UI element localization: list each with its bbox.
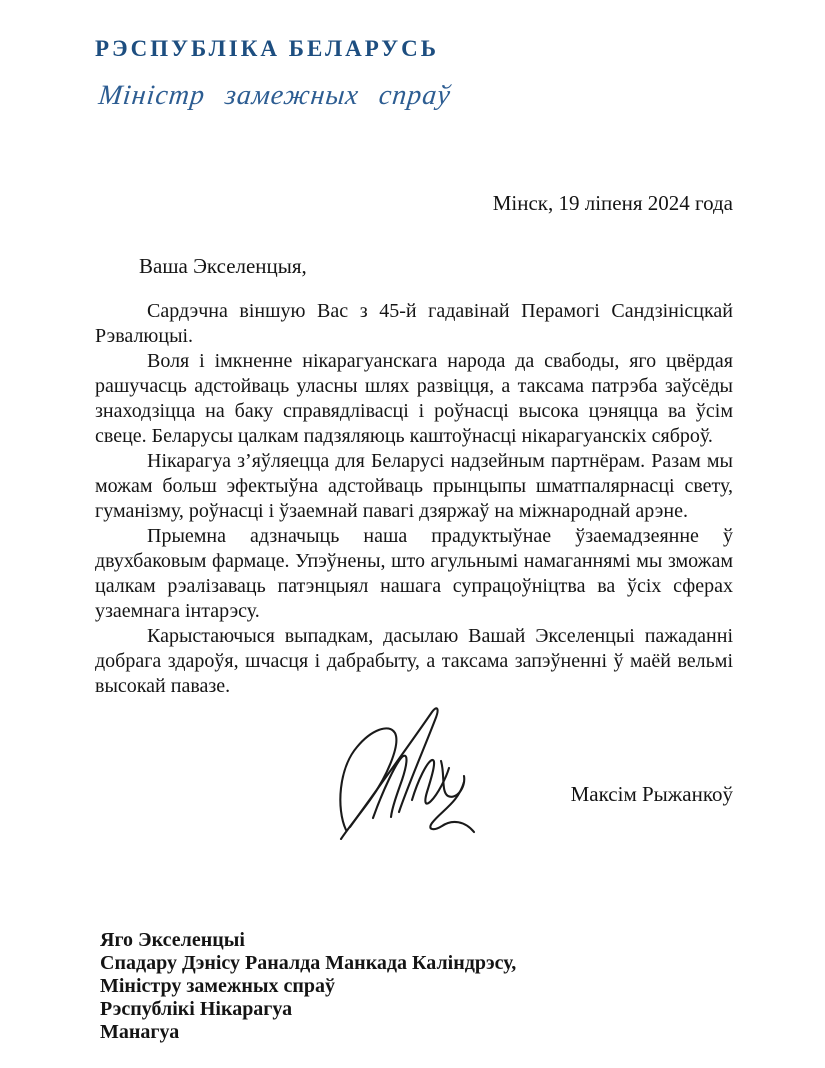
paragraph-closing-wishes: Карыстаючыся выпадкам, дасылаю Вашай Экс… — [95, 624, 733, 699]
date-place-line: Мінск, 19 ліпеня 2024 года — [95, 191, 733, 216]
recipient-address-block: Яго Экселенцыі Спадару Дэнісу Раналда Ма… — [100, 929, 516, 1044]
letter-body: Сардэчна віншую Вас з 45-й гадавінай Пер… — [95, 299, 733, 699]
letterhead-country-title: РЭСПУБЛІКА БЕЛАРУСЬ — [95, 36, 439, 62]
recipient-line-honorific: Яго Экселенцыі — [100, 929, 516, 952]
signer-name: Максім Рыжанкоў — [95, 782, 733, 807]
paragraph-congratulation: Сардэчна віншую Вас з 45-й гадавінай Пер… — [95, 299, 733, 349]
letter-page: РЭСПУБЛІКА БЕЛАРУСЬ Міністр замежных спр… — [0, 0, 825, 1068]
salutation: Ваша Экселенцыя, — [95, 254, 307, 279]
paragraph-cooperation: Прыемна адзначыць наша прадуктыўнае ўзае… — [95, 524, 733, 624]
recipient-line-name: Спадару Дэнісу Раналда Манкада Каліндрэс… — [100, 952, 516, 975]
signature-scribble-icon — [328, 700, 478, 840]
recipient-line-city: Манагуа — [100, 1021, 516, 1044]
paragraph-values: Воля і імкненне нікарагуанскага народа д… — [95, 349, 733, 449]
letterhead-minister-script-title: Міністр замежных спраў — [97, 80, 453, 112]
recipient-line-title: Міністру замежных спраў — [100, 975, 516, 998]
paragraph-partnership: Нікарагуа з’яўляецца для Беларусі надзей… — [95, 449, 733, 524]
recipient-line-country: Рэспублікі Нікарагуа — [100, 998, 516, 1021]
